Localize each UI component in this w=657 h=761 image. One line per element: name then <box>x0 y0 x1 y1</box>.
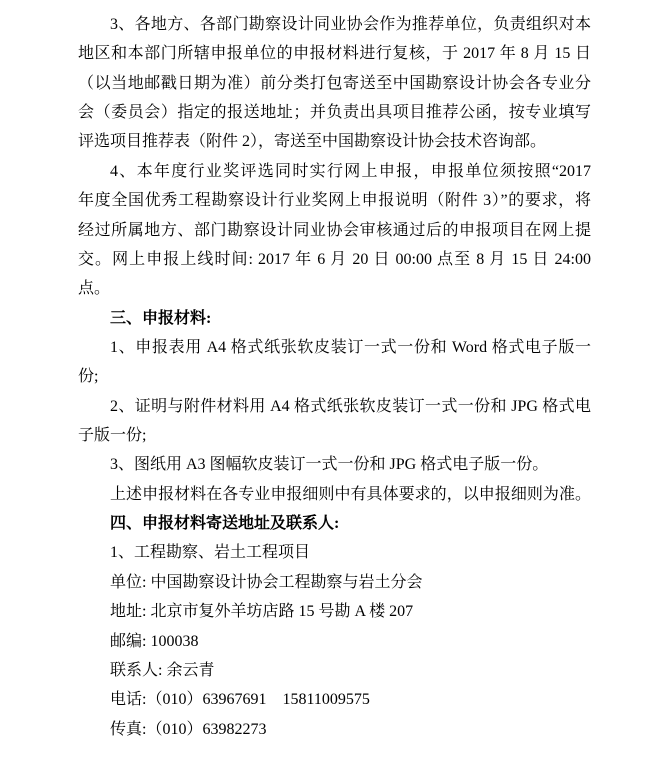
body-paragraph-line: 3、各地方、各部门勘察设计同业协会作为推荐单位，负责组织对本 <box>78 10 591 39</box>
body-paragraph-line: 点。 <box>78 274 591 303</box>
contact-unit-line: 单位: 中国勘察设计协会工程勘察与岩土分会 <box>78 568 591 597</box>
body-paragraph-line: 年度全国优秀工程勘察设计行业奖网上申报说明（附件 3）”的要求，将 <box>78 186 591 215</box>
body-paragraph-line: 地区和本部门所辖申报单位的申报材料进行复核，于 2017 年 8 月 15 日 <box>78 39 591 68</box>
body-paragraph-line: 2、证明与附件材料用 A4 格式纸张软皮装订一式一份和 JPG 格式电 <box>78 392 591 421</box>
body-paragraph-line: 经过所属地方、部门勘察设计同业协会审核通过后的申报项目在网上提 <box>78 216 591 245</box>
body-paragraph-line: 评选项目推荐表（附件 2），寄送至中国勘察设计协会技术咨询部。 <box>78 127 591 156</box>
contact-phone-line: 电话:（010）63967691 15811009575 <box>78 685 591 714</box>
body-paragraph-line: 1、申报表用 A4 格式纸张软皮装订一式一份和 Word 格式电子版一 <box>78 333 591 362</box>
body-paragraph-line: 3、图纸用 A3 图幅软皮装订一式一份和 JPG 格式电子版一份。 <box>78 450 591 479</box>
body-paragraph-line: 4、本年度行业奖评选同时实行网上申报，申报单位须按照“2017 <box>78 157 591 186</box>
body-paragraph-line: 份; <box>78 362 591 391</box>
contact-person-line: 联系人: 余云青 <box>78 656 591 685</box>
body-paragraph-line: 会（委员会）指定的报送地址；并负责出具项目推荐公函，按专业填写 <box>78 98 591 127</box>
contact-fax-line: 传真:（010）63982273 <box>78 715 591 744</box>
body-paragraph-line: 上述申报材料在各专业申报细则中有具体要求的，以申报细则为准。 <box>78 480 591 509</box>
section-heading-mailing-address: 四、申报材料寄送地址及联系人: <box>78 509 591 538</box>
section-heading-application-materials: 三、申报材料: <box>78 304 591 333</box>
contact-postcode-line: 邮编: 100038 <box>78 627 591 656</box>
body-paragraph-line: 子版一份; <box>78 421 591 450</box>
body-paragraph-line: （以当地邮戳日期为准）前分类打包寄送至中国勘察设计协会各专业分 <box>78 69 591 98</box>
contact-address-line: 地址: 北京市复外羊坊店路 15 号勘 A 楼 207 <box>78 597 591 626</box>
document-page: 3、各地方、各部门勘察设计同业协会作为推荐单位，负责组织对本 地区和本部门所辖申… <box>78 10 591 744</box>
category-line: 1、工程勘察、岩土工程项目 <box>78 538 591 567</box>
body-paragraph-line: 交。网上申报上线时间: 2017 年 6 月 20 日 00:00 点至 8 月… <box>78 245 591 274</box>
